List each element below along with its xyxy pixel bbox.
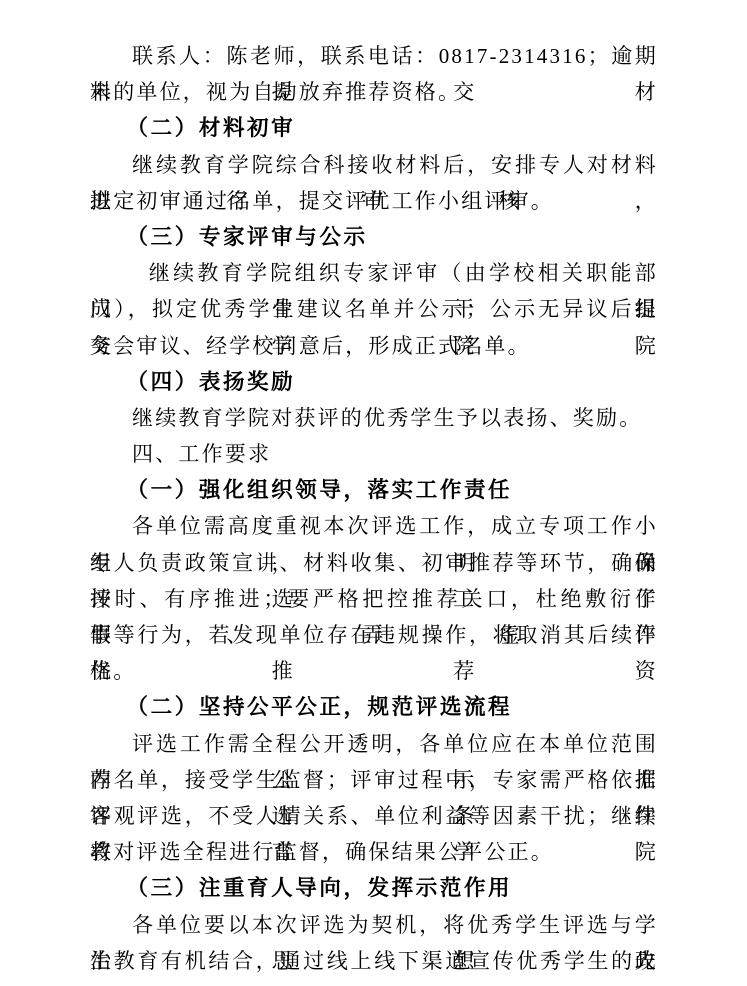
text-line: 按时、有序推进；要严格把控推荐关口，杜绝敷衍了事、弄虚作	[90, 581, 658, 617]
text-line: 治教育有机结合，通过线上线下渠道宣传优秀学生的先进事迹，	[90, 943, 658, 979]
text-line: 假等行为，若发现单位存在违规操作，将取消其后续评优推荐资	[90, 617, 658, 653]
heading-line: （三）注重育人导向，发挥示范作用	[90, 870, 658, 906]
heading-line: （二）材料初审	[90, 110, 658, 146]
text-line: 客观评选，不受人情关系、单位利益等因素干扰；继续教育学院	[90, 798, 658, 834]
section-title-line: 四、工作要求	[90, 436, 658, 472]
text-line: 荐名单，接受学生监督；评审过程中，专家需严格依据评选条件	[90, 762, 658, 798]
text-line: 各单位要以本次评选为契机，将优秀学生评选与学生思想政	[90, 907, 658, 943]
text-line: 继续教育学院对获评的优秀学生予以表扬、奖励。	[90, 400, 658, 436]
text-line: 各单位需高度重视本次评选工作，成立专项工作小组，明确	[90, 508, 658, 544]
text-line: 成），拟定优秀学生建议名单并公示；公示无异议后提交学院院	[90, 291, 658, 327]
heading-line: （四）表扬奖励	[90, 364, 658, 400]
text-line: 继续教育学院组织专家评审（由学校相关职能部门骨干组	[90, 255, 658, 291]
heading-line: （一）强化组织领导，落实工作责任	[90, 472, 658, 508]
document-body: 联系人：陈老师，联系电话：0817-2314316；逾期未提交材料的单位，视为自…	[90, 38, 658, 979]
text-line: 联系人：陈老师，联系电话：0817-2314316；逾期未提交材	[90, 38, 658, 74]
heading-line: （二）坚持公平公正，规范评选流程	[90, 689, 658, 725]
heading-line: （三）专家评审与公示	[90, 219, 658, 255]
text-line: 专人负责政策宣讲、材料收集、初审推荐等环节，确保评选工作	[90, 545, 658, 581]
text-line: 继续教育学院综合科接收材料后，安排专人对材料进行审核，	[90, 147, 658, 183]
text-line: 评选工作需全程公开透明，各单位应在本单位范围内公示推	[90, 726, 658, 762]
document-page: 联系人：陈老师，联系电话：0817-2314316；逾期未提交材料的单位，视为自…	[0, 0, 747, 986]
